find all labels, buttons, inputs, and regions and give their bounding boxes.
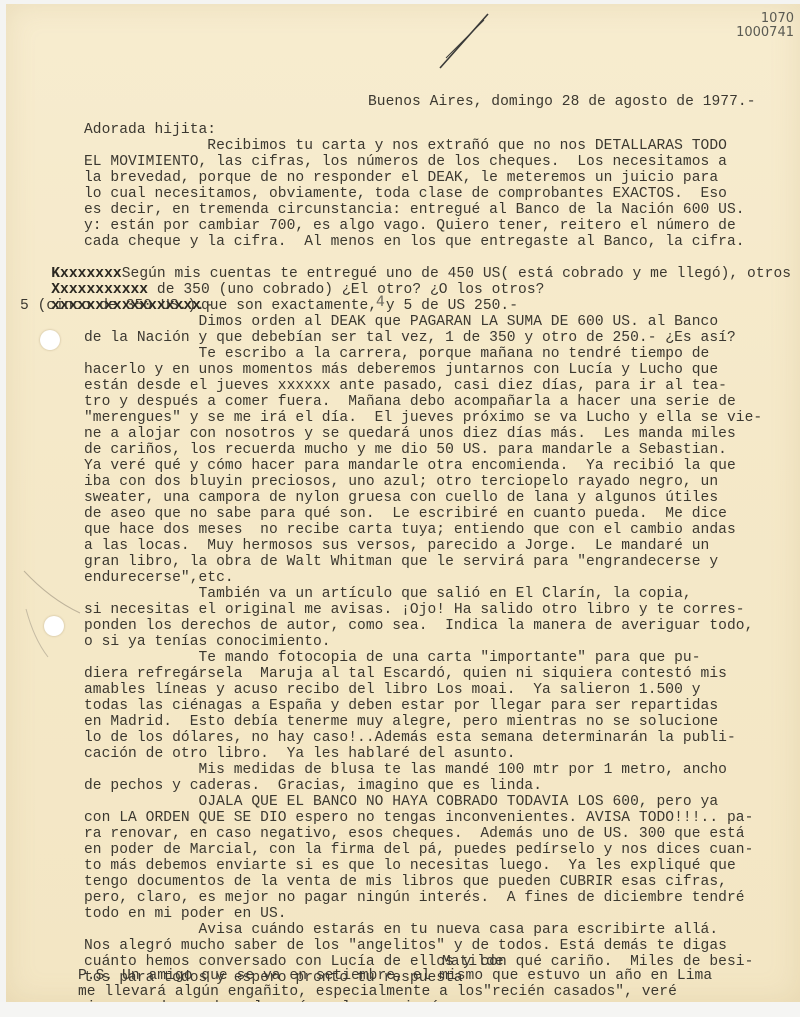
text-line: o si ya tenías conocimiento. [84,634,331,650]
text-line: Mis medidas de blusa te las mandé 100 mt… [84,762,727,778]
punch-hole [40,330,60,350]
line-text: que son exactamente, y 5 de US 250.- [201,298,518,314]
text-line: sweater, una campora de nylon gruesa con… [84,490,718,506]
text-line: tro y después a comer fuera. Mañana debo… [84,394,736,410]
text-line: EL MOVIMIENTO, las cifras, los números d… [84,154,727,170]
text-line: hacerlo y en unos momentos más deberemos… [84,362,718,378]
text-line: están desde el jueves xxxxxx ante pasado… [84,378,727,394]
insert-line: 5 (cinco de 350 US.).- [20,298,214,314]
text-line: to más debemos enviarte si es que lo nec… [84,858,736,874]
postscript-line: me llevará algún engañito, especialmente… [78,984,677,1000]
text-line: Recibimos tu carta y nos extrañó que no … [84,138,727,154]
text-line: en poder de Marcial, con la firma del pá… [84,842,753,858]
scan-margin [0,1002,800,1017]
text-line: cación de otro libro. Ya les hablaré del… [84,746,516,762]
text-line: iba con dos bluyin preciosos, uno azul; … [84,474,718,490]
text-line: que hace dos meses no recibe carta tuya;… [84,522,736,538]
text-line: ra renovar, en caso negativo, esos chequ… [84,826,745,842]
text-line: ne a alojar con nosotros y se quedará un… [84,426,736,442]
archive-number-2: 1000741 [736,26,794,40]
text-line: cada cheque y la cifra. Al menos en los … [84,234,745,250]
text-line: Te mando fotocopia de una carta "importa… [84,650,701,666]
text-line: si necesitas el original me avisas. ¡Ojo… [84,602,745,618]
text-line: amables líneas y acuso recibo del libro … [84,682,701,698]
text-line: Te escribo a la carrera, porque mañana n… [84,346,709,362]
place-date: Buenos Aires, domingo 28 de agosto de 19… [368,94,756,110]
text-line: de cariños, los recuerda mucho y me dio … [84,442,727,458]
text-line: la brevedad, porque de no responder el D… [84,170,718,186]
archive-number-1: 1070 [761,12,794,26]
text-line: y: están por cambiar 700, es algo vago. … [84,218,736,234]
postscript-line: P.S. Un amigo que se va en setiembre, el… [78,968,712,984]
text-line: de la Nación y que debebían ser tal vez,… [84,330,736,346]
text-line: a las locas. Muy hermosos sus versos, pa… [84,538,709,554]
text-line: OJALA QUE EL BANCO NO HAYA COBRADO TODAV… [84,794,718,810]
text-line: También va un artículo que salió en El C… [84,586,692,602]
text-line: pero, claro, es mejor no pagar ningún in… [84,890,745,906]
pen-slash-mark [426,10,516,70]
archive-number: 1070 1000741 [726,12,794,44]
margin-mark: 4 [376,294,385,310]
text-line: endurecerse",etc. [84,570,234,586]
text-line: todas las ciénagas a España y deben esta… [84,698,718,714]
text-line: Dimos orden al DEAK que PAGARAN LA SUMA … [84,314,718,330]
text-line: ponden los derechos de autor, como sea. … [84,618,753,634]
text-line: diera refregársela Maruja al tal Escardó… [84,666,727,682]
text-line: Ya veré qué y cómo hacer para mandarle o… [84,458,736,474]
text-line: todo en mi poder en US. [84,906,287,922]
text-line: lo de los dólares, no hay caso!..Además … [84,730,736,746]
paper-crease [20,569,90,659]
text-line: en Madrid. Esto debía tenerme muy alegre… [84,714,718,730]
letter-page: 1070 1000741 Buenos Aires, domingo 28 de… [6,4,800,1002]
text-line: es decir, en tremenda circunstancia: ent… [84,202,745,218]
text-line: gran libro, la obra de Walt Whitman que … [84,554,718,570]
text-line: lo cual necesitamos, obviamente, toda cl… [84,186,727,202]
text-line: de pechos y caderas. Gracias, imagino qu… [84,778,542,794]
text-line: tengo documentos de la venta de mis libr… [84,874,727,890]
text-line: Nos alegró mucho saber de los "angelitos… [84,938,727,954]
text-line: Avisa cuándo estarás en tu nueva casa pa… [84,922,718,938]
text-line: de aseo que no sabe para qué son. Le esc… [84,506,727,522]
salutation: Adorada hijita: [84,122,216,138]
text-line: "merengues" y se me irá el día. El jueve… [84,410,762,426]
text-line: con LA ORDEN QUE SE DIO espero no tengas… [84,810,753,826]
